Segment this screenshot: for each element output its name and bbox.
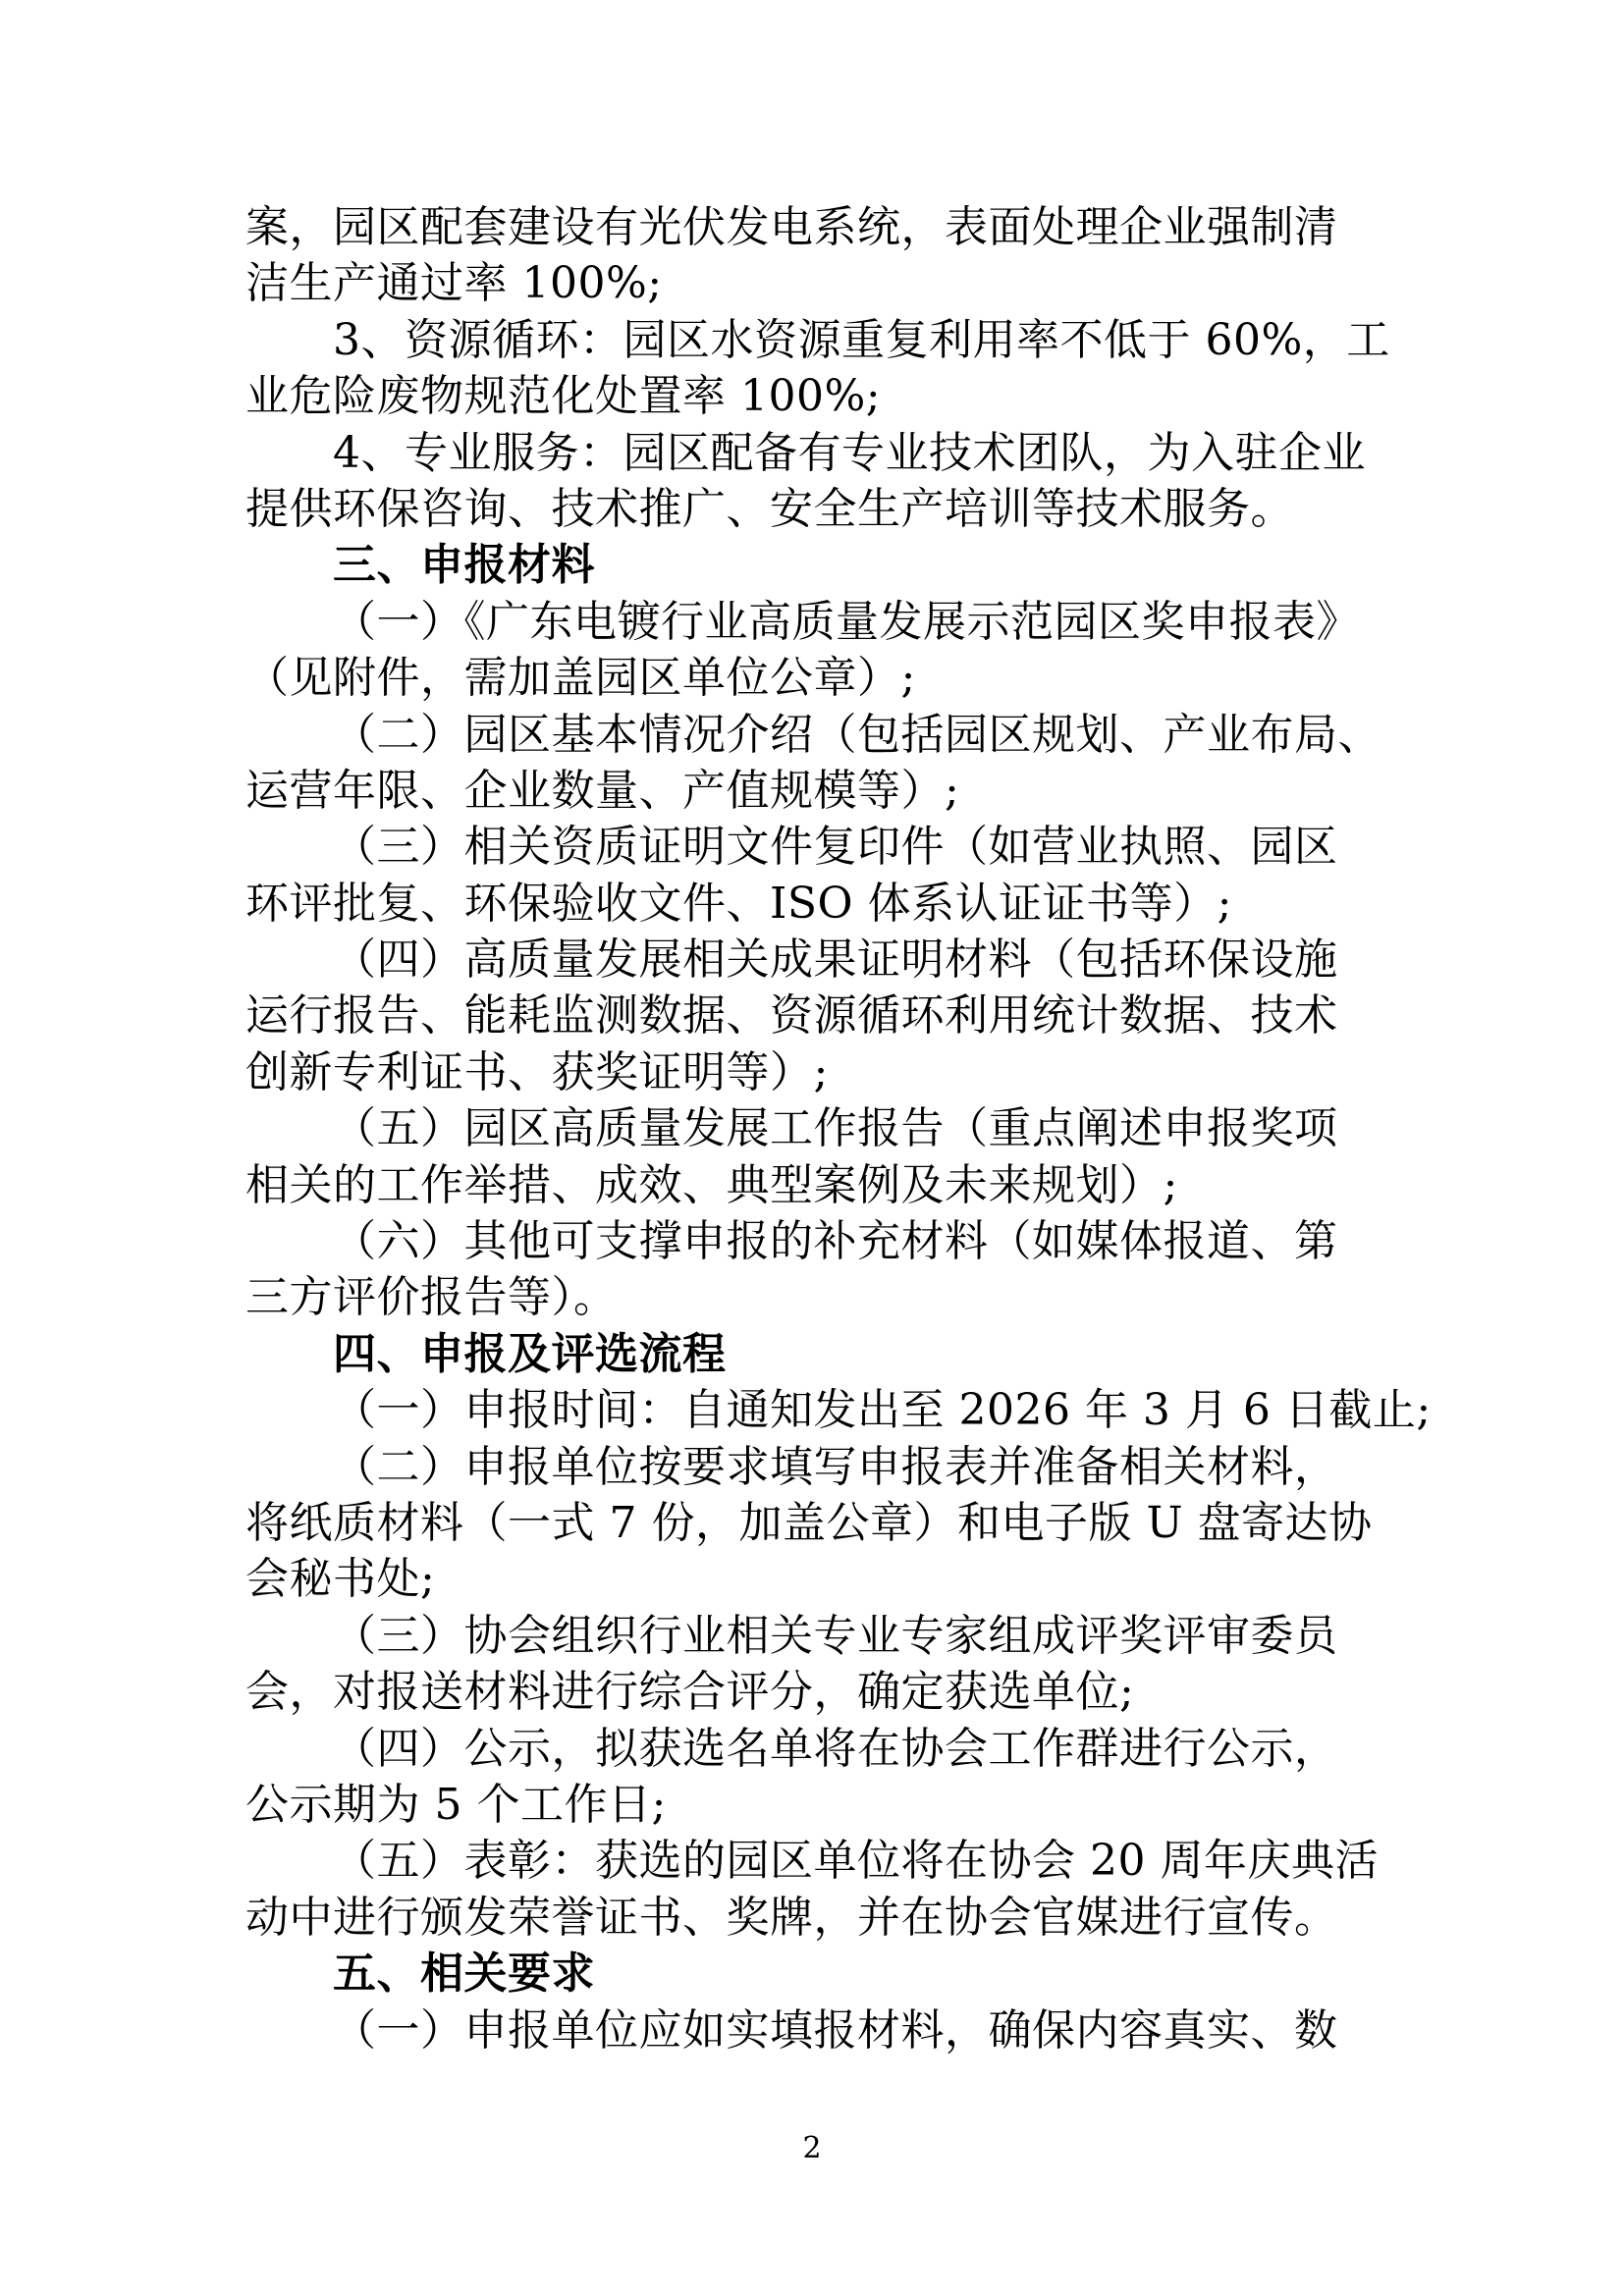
text-line: （一）申报时间：自通知发出至 2026 年 3 月 6 日截止; (245, 1382, 1394, 1438)
text-line: （五）园区高质量发展工作报告（重点阐述申报奖项 (245, 1100, 1394, 1156)
text-line: 将纸质材料（一式 7 份，加盖公章）和电子版 U 盘寄达协 (245, 1495, 1394, 1551)
text-line: 提供环保咨询、技术推广、安全生产培训等技术服务。 (245, 481, 1394, 537)
text-line: 案，园区配套建设有光伏发电系统，表面处理企业强制清 (245, 199, 1394, 255)
text-line: （见附件，需加盖园区单位公章）; (245, 650, 1394, 706)
page-number: 2 (802, 2131, 821, 2165)
text-line: 3、资源循环：园区水资源重复利用率不低于 60%，工 (245, 312, 1394, 368)
text-line: （四）高质量发展相关成果证明材料（包括环保设施 (245, 932, 1394, 988)
text-line: （四）公示，拟获选名单将在协会工作群进行公示， (245, 1721, 1394, 1777)
text-line: 动中进行颁发荣誉证书、奖牌，并在协会官媒进行宣传。 (245, 1890, 1394, 1946)
text-line: 创新专利证书、获奖证明等）; (245, 1044, 1394, 1100)
text-line: 运营年限、企业数量、产值规模等）; (245, 763, 1394, 819)
section-heading: 四、申报及评选流程 (245, 1326, 1394, 1382)
text-line: 公示期为 5 个工作日; (245, 1777, 1394, 1833)
text-line: 4、专业服务：园区配备有专业技术团队，为入驻企业 (245, 425, 1394, 481)
text-line: （一）《广东电镀行业高质量发展示范园区奖申报表》 (245, 594, 1394, 650)
text-line: （五）表彰：获选的园区单位将在协会 20 周年庆典活 (245, 1833, 1394, 1889)
page-footer: 2 (0, 2132, 1624, 2169)
document-body: 案，园区配套建设有光伏发电系统，表面处理企业强制清洁生产通过率 100%;3、资… (245, 199, 1394, 2058)
document-page: 案，园区配套建设有光伏发电系统，表面处理企业强制清洁生产通过率 100%;3、资… (0, 0, 1624, 2296)
text-line: （三）相关资质证明文件复印件（如营业执照、园区 (245, 819, 1394, 875)
text-line: 三方评价报告等）。 (245, 1269, 1394, 1325)
text-line: （二）申报单位按要求填写申报表并准备相关材料， (245, 1439, 1394, 1495)
text-line: 洁生产通过率 100%; (245, 255, 1394, 311)
text-line: 相关的工作举措、成效、典型案例及未来规划）; (245, 1157, 1394, 1213)
text-line: （三）协会组织行业相关专业专家组成评奖评审委员 (245, 1608, 1394, 1664)
text-line: （一）申报单位应如实填报材料，确保内容真实、数 (245, 2002, 1394, 2058)
text-line: （二）园区基本情况介绍（包括园区规划、产业布局、 (245, 707, 1394, 763)
text-line: 会秘书处; (245, 1551, 1394, 1607)
text-line: 运行报告、能耗监测数据、资源循环利用统计数据、技术 (245, 988, 1394, 1043)
text-line: （六）其他可支撑申报的补充材料（如媒体报道、第 (245, 1213, 1394, 1269)
section-heading: 五、相关要求 (245, 1946, 1394, 2002)
text-line: 环评批复、环保验收文件、ISO 体系认证证书等）; (245, 876, 1394, 932)
section-heading: 三、申报材料 (245, 537, 1394, 593)
text-line: 会，对报送材料进行综合评分，确定获选单位; (245, 1664, 1394, 1720)
text-line: 业危险废物规范化处置率 100%; (245, 368, 1394, 424)
